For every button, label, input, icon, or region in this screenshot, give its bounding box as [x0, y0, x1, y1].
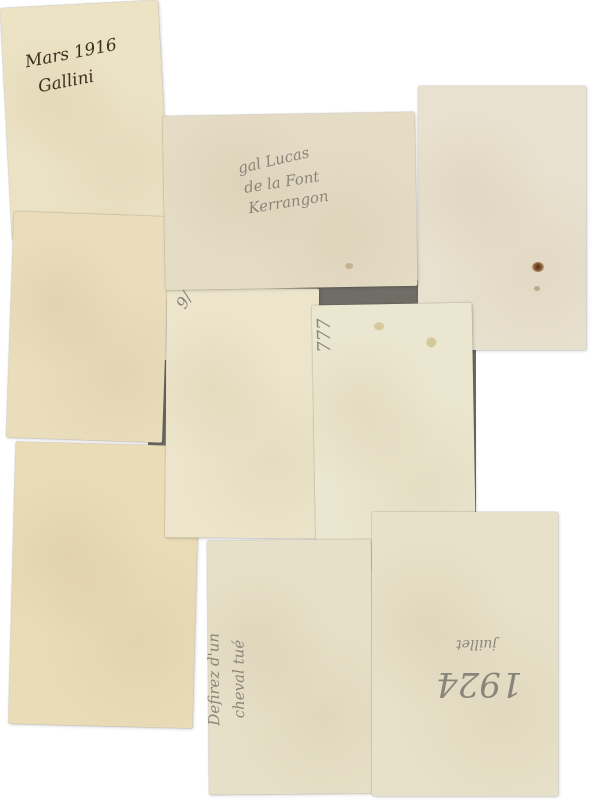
handwriting-line: cheval tué	[230, 640, 248, 719]
photo-card-5: 9/	[165, 287, 319, 538]
photo-card-4	[6, 211, 170, 442]
handwriting-mark: 777	[315, 318, 336, 353]
handwriting-line: 1924	[436, 664, 523, 703]
photo-card-8: Defirez d'un cheval tué	[207, 539, 373, 794]
handwriting-line: juillet	[456, 636, 497, 652]
photo-card-9: juillet 1924	[372, 512, 558, 796]
handwriting-line: Defirez d'un	[205, 633, 223, 726]
photo-stage: Mars 1916 Gallini 9/ gal Lucas de la Fon…	[0, 0, 592, 800]
photo-card-2: gal Lucas de la Font Kerrangon	[163, 112, 418, 290]
stain-mark	[532, 262, 544, 272]
stain-mark	[534, 286, 540, 291]
photo-card-1: Mars 1916 Gallini	[0, 0, 170, 240]
